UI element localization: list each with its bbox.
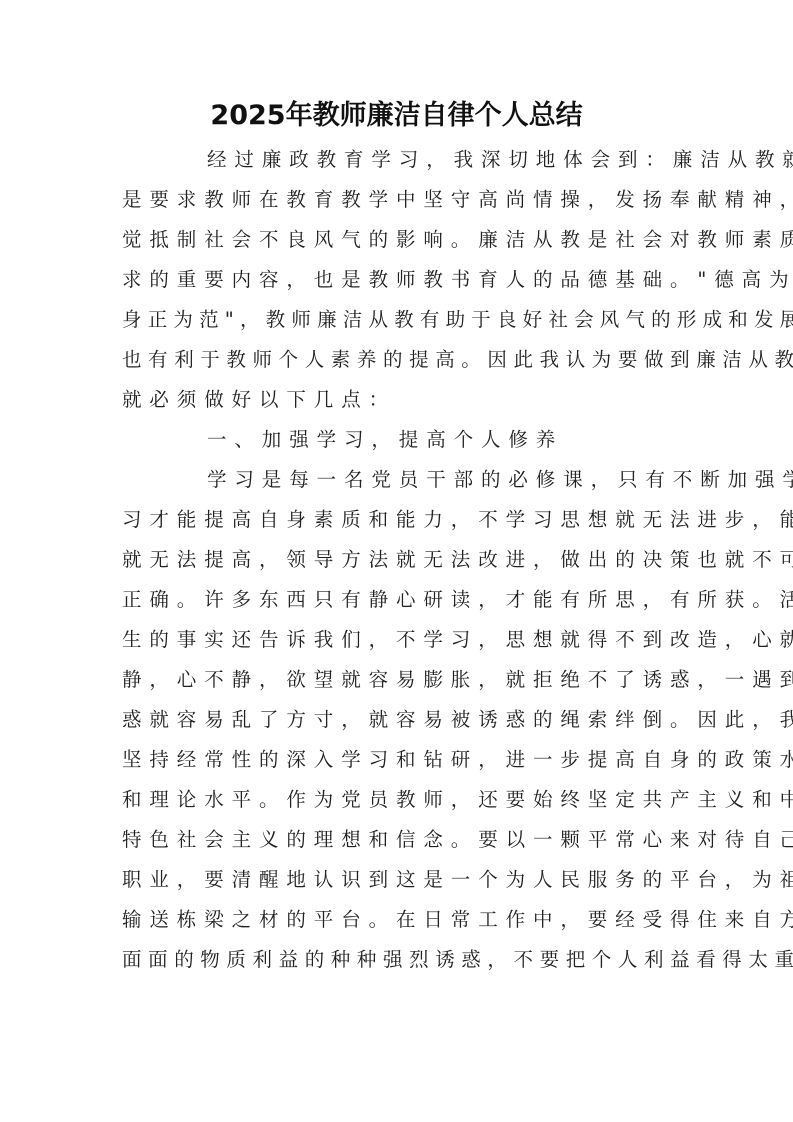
paragraph-line: 就必须做好以下几点： <box>122 380 674 420</box>
document-body: 经过廉政教育学习，我深切地体会到：廉洁从教就 是要求教师在教育教学中坚守高尚情操… <box>122 140 674 980</box>
paragraph-line: 职业，要清醒地认识到这是一个为人民服务的平台，为祖国 <box>122 860 674 900</box>
paragraph-line: 求的重要内容，也是教师教书育人的品德基础。"德高为师， <box>122 260 674 300</box>
paragraph-line: 惑就容易乱了方寸，就容易被诱惑的绳索绊倒。因此，我将 <box>122 700 674 740</box>
document-title: 2025年教师廉洁自律个人总结 <box>0 98 793 134</box>
paragraph-line: 觉抵制社会不良风气的影响。廉洁从教是社会对教师素质要 <box>122 220 674 260</box>
paragraph-line: 坚持经常性的深入学习和钻研，进一步提高自身的政策水平 <box>122 740 674 780</box>
paragraph-line: 输送栋梁之材的平台。在日常工作中，要经受得住来自方方 <box>122 900 674 940</box>
paragraph-line: 面面的物质利益的种种强烈诱惑，不要把个人利益看得太重， <box>122 940 674 980</box>
paragraph-line: 经过廉政教育学习，我深切地体会到：廉洁从教就 <box>122 140 674 180</box>
paragraph-line: 静，心不静，欲望就容易膨胀，就拒绝不了诱惑，一遇到诱 <box>122 660 674 700</box>
paragraph-line: 和理论水平。作为党员教师，还要始终坚定共产主义和中国 <box>122 780 674 820</box>
paragraph-line: 正确。许多东西只有静心研读，才能有所思，有所获。活生 <box>122 580 674 620</box>
section-heading: 一、加强学习，提高个人修养 <box>122 420 674 460</box>
document-page: 2025年教师廉洁自律个人总结 经过廉政教育学习，我深切地体会到：廉洁从教就 是… <box>0 0 793 1122</box>
paragraph-line: 特色社会主义的理想和信念。要以一颗平常心来对待自己的 <box>122 820 674 860</box>
paragraph-line: 习才能提高自身素质和能力，不学习思想就无法进步，能力 <box>122 500 674 540</box>
paragraph-line: 是要求教师在教育教学中坚守高尚情操，发扬奉献精神，自 <box>122 180 674 220</box>
paragraph-line: 身正为范"，教师廉洁从教有助于良好社会风气的形成和发展， <box>122 300 674 340</box>
paragraph-line: 就无法提高，领导方法就无法改进，做出的决策也就不可能 <box>122 540 674 580</box>
paragraph-line: 生的事实还告诉我们，不学习，思想就得不到改造，心就不 <box>122 620 674 660</box>
paragraph-line: 学习是每一名党员干部的必修课，只有不断加强学 <box>122 460 674 500</box>
paragraph-line: 也有利于教师个人素养的提高。因此我认为要做到廉洁从教， <box>122 340 674 380</box>
